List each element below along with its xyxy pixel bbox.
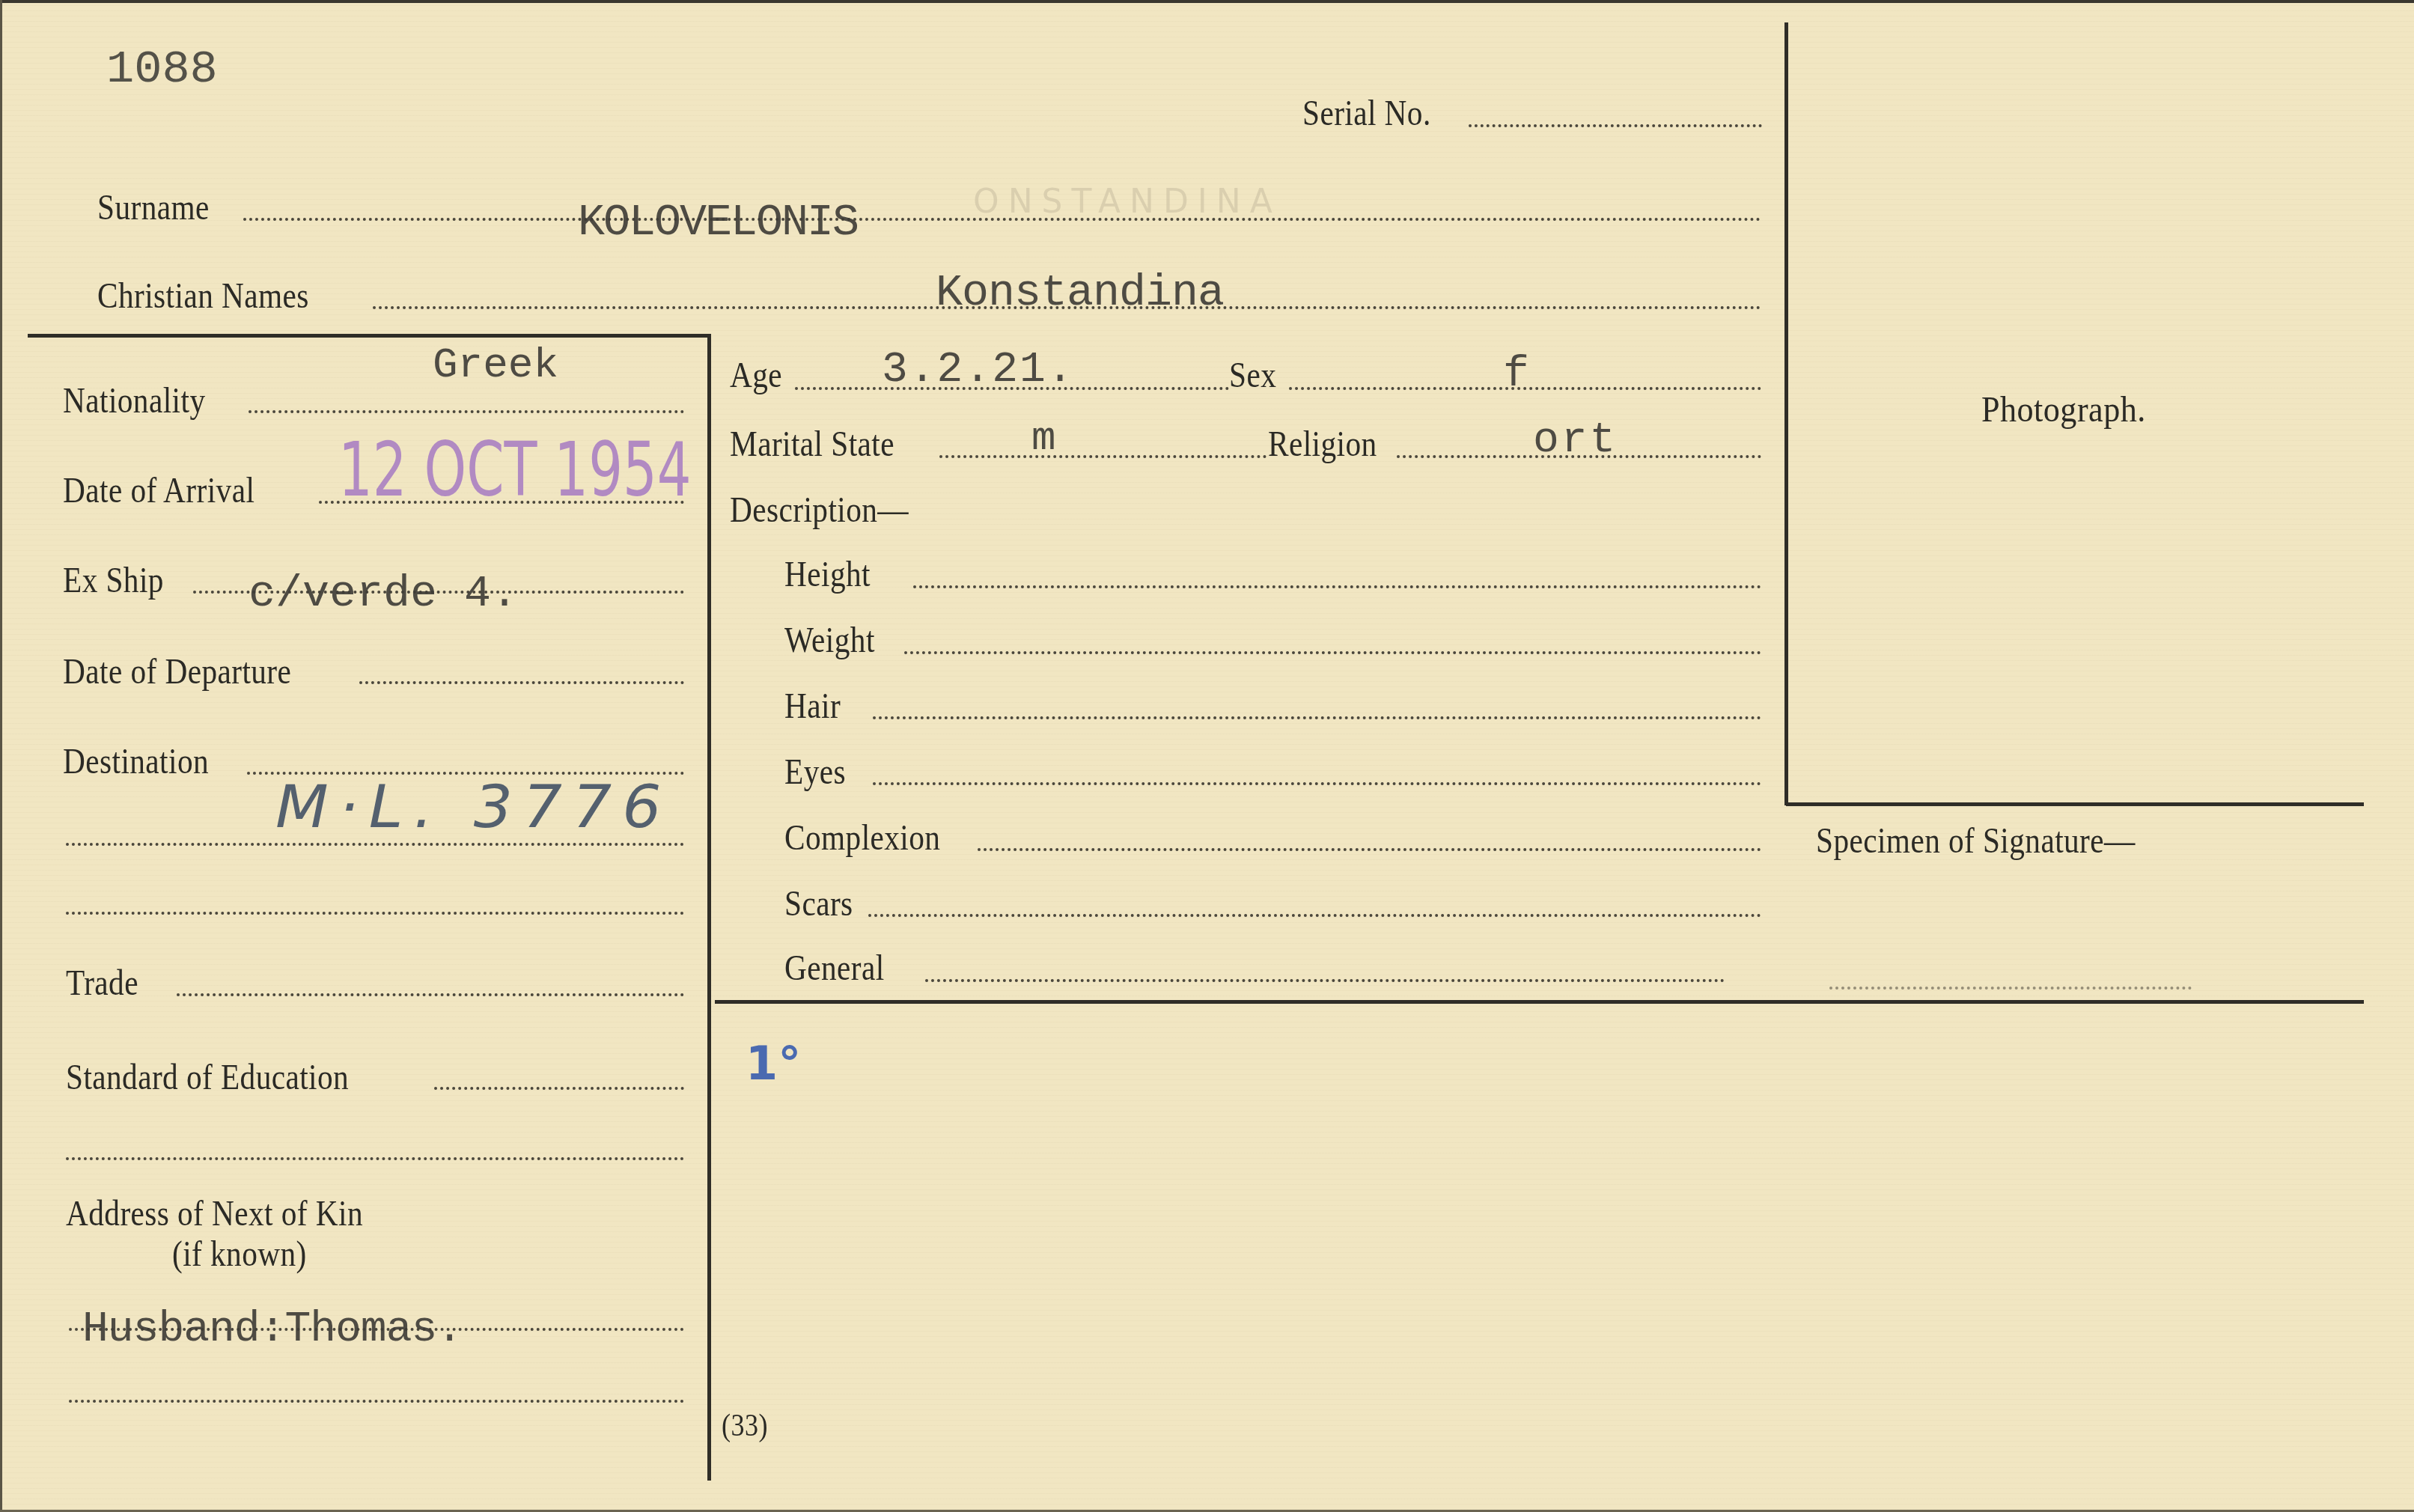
- height-label: Height: [784, 557, 871, 593]
- christian-names-value: Konstandina: [936, 271, 1224, 316]
- next-of-kin-field-line-2[interactable]: [69, 1400, 684, 1403]
- complexion-label: Complexion: [784, 820, 940, 856]
- photo-box-left-rule: [1784, 22, 1788, 805]
- christian-names-label: Christian Names: [97, 278, 309, 314]
- date-of-departure-field[interactable]: [359, 681, 684, 684]
- age-value: 3.2.21.: [882, 349, 1075, 392]
- marital-state-value: m: [1031, 419, 1055, 460]
- signature-label: Specimen of Signature—: [1816, 823, 2136, 859]
- nationality-value: Greek: [433, 344, 558, 386]
- nationality-label: Nationality: [63, 383, 205, 419]
- date-of-arrival-field[interactable]: [319, 501, 684, 504]
- standard-of-education-field-line-2[interactable]: [66, 1157, 684, 1160]
- pen-mark: 1°: [746, 1040, 801, 1087]
- sex-value: f: [1503, 353, 1529, 397]
- standard-of-education-label: Standard of Education: [66, 1060, 349, 1096]
- photograph-area: [1790, 25, 2363, 801]
- eyes-field[interactable]: [873, 782, 1761, 785]
- date-of-departure-label: Date of Departure: [63, 654, 291, 690]
- card-number: 1088: [106, 46, 218, 93]
- serial-no-field[interactable]: [1469, 124, 1762, 127]
- marital-state-label: Marital State: [730, 427, 894, 463]
- weight-field[interactable]: [904, 651, 1761, 654]
- sex-label: Sex: [1229, 358, 1276, 394]
- eyes-label: Eyes: [784, 755, 846, 790]
- description-bottom-rule: [715, 1000, 2364, 1004]
- hair-field[interactable]: [873, 716, 1761, 719]
- religion-label: Religion: [1268, 427, 1377, 463]
- date-of-arrival-stamp: 12 OCT 1954: [338, 433, 692, 507]
- age-label: Age: [730, 358, 782, 394]
- ex-ship-label: Ex Ship: [63, 563, 164, 599]
- form-number: (33): [722, 1410, 768, 1442]
- weight-label: Weight: [784, 623, 875, 659]
- destination-field-line-2[interactable]: [66, 843, 684, 846]
- marital-state-field[interactable]: [939, 455, 1267, 458]
- ex-ship-value: c/verde 4.: [249, 572, 518, 617]
- height-field[interactable]: [913, 585, 1761, 588]
- next-of-kin-value: Husband:Thomas.: [82, 1308, 462, 1352]
- trade-label: Trade: [66, 966, 138, 1002]
- destination-label: Destination: [63, 744, 209, 780]
- destination-value: M·L. 3776: [275, 778, 671, 837]
- card-top-edge: [0, 0, 2414, 3]
- next-of-kin-sublabel: (if known): [172, 1237, 307, 1272]
- left-panel-divider: [707, 334, 711, 1481]
- signature-field[interactable]: [1829, 987, 2192, 990]
- scars-field[interactable]: [868, 914, 1761, 917]
- general-field[interactable]: [925, 979, 1725, 982]
- hair-label: Hair: [784, 689, 841, 725]
- trade-field[interactable]: [177, 993, 684, 996]
- next-of-kin-label: Address of Next of Kin: [66, 1196, 363, 1232]
- immigration-record-card: 1088 Serial No. Surname ONSTANDINA KOLOV…: [0, 0, 2414, 1512]
- nationality-field[interactable]: [249, 410, 684, 413]
- complexion-field[interactable]: [978, 848, 1761, 851]
- description-label: Description—: [730, 493, 909, 528]
- serial-no-label: Serial No.: [1302, 96, 1431, 132]
- general-label: General: [784, 951, 885, 987]
- photo-box-bottom-rule: [1786, 802, 2364, 806]
- standard-of-education-field[interactable]: [434, 1087, 684, 1090]
- left-panel-top-rule: [28, 334, 710, 338]
- destination-field-line-3[interactable]: [66, 912, 684, 915]
- religion-value: ort: [1533, 419, 1618, 463]
- card-left-edge: [0, 0, 2, 1512]
- surname-ghost-text: ONSTANDINA: [973, 186, 1281, 219]
- surname-value: KOLOVELONIS: [578, 201, 858, 246]
- date-of-arrival-label: Date of Arrival: [63, 473, 254, 509]
- surname-label: Surname: [97, 190, 210, 226]
- scars-label: Scars: [784, 886, 853, 922]
